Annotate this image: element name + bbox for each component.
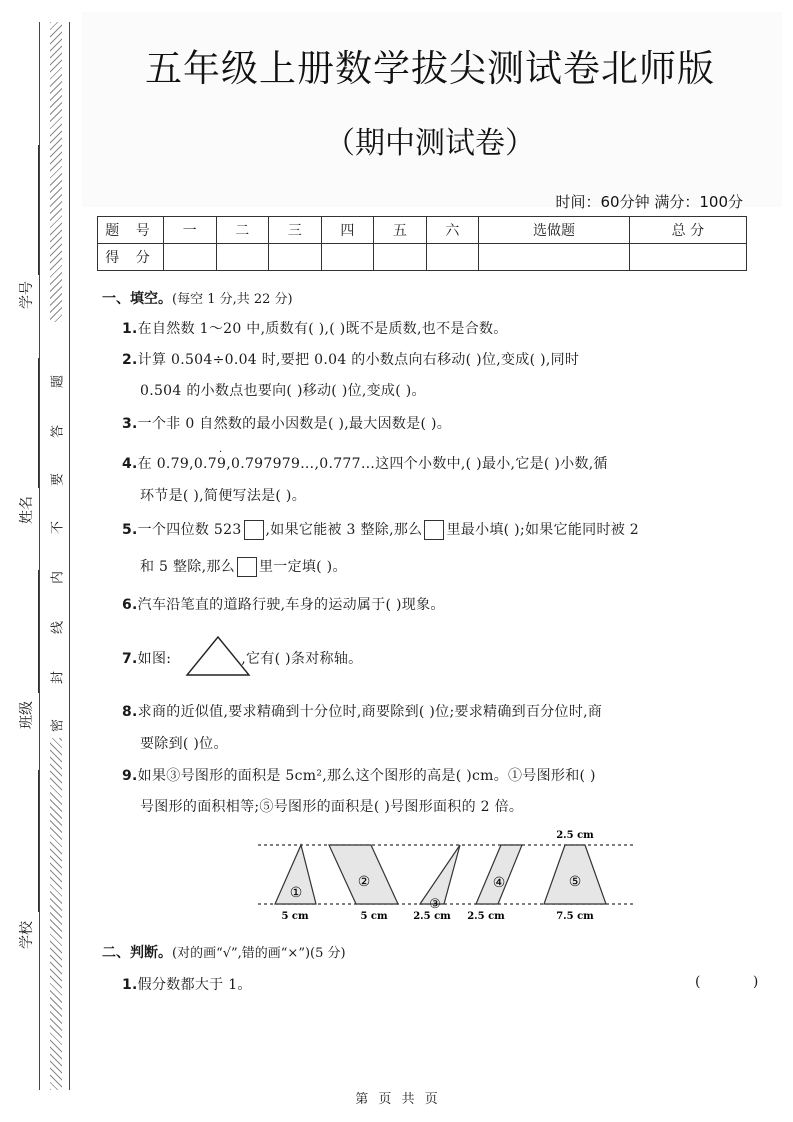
judge-question-1: 1.假分数都大于 1。: [122, 974, 252, 994]
question-9: 9.如果③号图形的面积是 5cm²,那么这个图形的高是( )cm。①号图形和( …: [122, 765, 596, 785]
score-header-cell: 一: [164, 217, 217, 244]
score-cell[interactable]: [321, 244, 374, 271]
judge-answer-paren[interactable]: ( ): [695, 974, 782, 990]
question-number: 7.: [122, 651, 138, 667]
svg-text:5 cm: 5 cm: [281, 911, 309, 922]
question-number: 6.: [122, 597, 138, 613]
binding-margin: 题 答 要 不 内 线 封 密 学号 姓名 班级 学校: [0, 0, 80, 1122]
question-1: 1.在自然数 1～20 中,质数有( ),( )既不是质数,也不是合数。: [122, 318, 508, 338]
score-header-cell: 四: [321, 217, 374, 244]
name-label: 姓名: [16, 496, 36, 524]
score-header-cell: 总 分: [629, 217, 746, 244]
repeat-dot: ·: [219, 447, 222, 458]
question-text-post: ,0.797979…,0.777…这四个小数中,( )最小,它是( )小数,循: [226, 456, 608, 472]
question-2: 2.计算 0.504÷0.04 时,要把 0.04 的小数点向右移动( )位,变…: [122, 349, 579, 369]
question-number: 5.: [122, 522, 138, 538]
margin-rule-inner: [69, 22, 70, 1090]
name-line[interactable]: [38, 358, 39, 488]
svg-text:①: ①: [290, 885, 303, 901]
margin-rule-outer: [39, 22, 40, 1090]
question-text: 和 5 整除,那么: [140, 559, 235, 575]
question-text-post: ,它有( )条对称轴。: [241, 651, 362, 667]
question-3: 3.一个非 0 自然数的最小因数是( ),最大因数是( )。: [122, 413, 451, 433]
svg-text:④: ④: [493, 875, 506, 891]
exam-meta: 时间：60分钟 满分：100分: [556, 191, 744, 212]
score-header-cell: 六: [426, 217, 479, 244]
question-6: 6.汽车沿笔直的道路行驶,车身的运动属于( )现象。: [122, 594, 445, 614]
question-8-continued: 要除到( )位。: [140, 733, 228, 753]
school-label: 学校: [16, 921, 36, 949]
score-cell[interactable]: [269, 244, 322, 271]
section-2-title: 二、判断。: [102, 945, 172, 961]
score-cell[interactable]: [374, 244, 427, 271]
score-table-header-row: 题 号 一 二 三 四 五 六 选做题 总 分: [98, 217, 747, 244]
question-5-continued: 和 5 整除,那么里一定填( )。: [140, 556, 347, 577]
shapes-figure: ① ② ③ ④ ⑤ 5 cm 5 cm 2.5 cm 2.5 cm 7.5 cm…: [258, 826, 638, 926]
question-text-pre: 在 0.79,0.7: [138, 456, 217, 472]
section-1-heading: 一、填空。(每空 1 分,共 22 分): [102, 288, 293, 308]
repeating-digit: ·9: [217, 456, 226, 472]
svg-text:②: ②: [358, 874, 371, 890]
question-text: 如果③号图形的面积是 5cm²,那么这个图形的高是( )cm。①号图形和( ): [138, 768, 596, 784]
question-number: 8.: [122, 704, 138, 720]
svg-text:2.5 cm: 2.5 cm: [467, 911, 505, 922]
svg-text:⑤: ⑤: [569, 874, 582, 890]
seal-char: 封: [47, 670, 66, 686]
seal-char: 题: [47, 374, 66, 390]
score-header-cell: 选做题: [479, 217, 630, 244]
score-header-cell: 二: [216, 217, 269, 244]
score-cell[interactable]: [164, 244, 217, 271]
section-1-note: (每空 1 分,共 22 分): [172, 292, 293, 307]
svg-text:2.5 cm: 2.5 cm: [556, 830, 594, 841]
score-header-cell: 三: [269, 217, 322, 244]
question-number: 1.: [122, 977, 138, 993]
question-text: 一个四位数 523: [138, 522, 242, 538]
question-2-continued: 0.504 的小数点也要向( )移动( )位,变成( )。: [140, 380, 426, 400]
score-header-cell: 题 号: [98, 217, 164, 244]
question-5: 5.一个四位数 523,如果它能被 3 整除,那么里最小填( );如果它能同时被…: [122, 519, 639, 540]
school-line[interactable]: [38, 770, 39, 912]
question-text: 里一定填( )。: [259, 559, 347, 575]
question-text: 计算 0.504÷0.04 时,要把 0.04 的小数点向右移动( )位,变成(…: [138, 352, 580, 368]
seal-char: 密: [47, 718, 66, 734]
score-table: 题 号 一 二 三 四 五 六 选做题 总 分 得 分: [97, 216, 747, 271]
seal-char: 内: [47, 570, 66, 586]
score-cell[interactable]: [479, 244, 630, 271]
seal-char: 不: [47, 520, 66, 536]
student-id-label: 学号: [16, 281, 36, 309]
margin-hatch-bottom: [50, 738, 62, 1090]
page-footer: 第 页 共 页: [0, 1088, 793, 1107]
question-number: 1.: [122, 321, 138, 337]
section-2-note: (对的画“√”,错的画“×”)(5 分): [172, 946, 346, 961]
student-id-line[interactable]: [38, 145, 39, 275]
answer-box-ref: [237, 557, 257, 577]
question-4: 4.在 0.79,0.7·9,0.797979…,0.777…这四个小数中,( …: [122, 453, 608, 473]
score-cell[interactable]: [216, 244, 269, 271]
svg-text:2.5 cm: 2.5 cm: [413, 911, 451, 922]
score-cell[interactable]: [426, 244, 479, 271]
score-table-score-row: 得 分: [98, 244, 747, 271]
svg-text:③: ③: [429, 897, 441, 912]
question-number: 2.: [122, 352, 138, 368]
equilateral-triangle-figure: [185, 635, 251, 677]
score-row-label: 得 分: [98, 244, 164, 271]
page-title: 五年级上册数学拔尖测试卷北师版: [90, 38, 770, 92]
shape-3-triangle: [420, 845, 460, 904]
question-9-continued: 号图形的面积相等;⑤号图形的面积是( )号图形面积的 2 倍。: [140, 796, 523, 816]
section-2-heading: 二、判断。(对的画“√”,错的画“×”)(5 分): [102, 942, 346, 962]
question-text: 假分数都大于 1。: [138, 977, 252, 993]
answer-box-ref: [424, 520, 444, 540]
answer-box[interactable]: [244, 520, 264, 540]
seal-char: 线: [47, 620, 66, 636]
page-subtitle: （期中测试卷）: [90, 118, 770, 162]
svg-text:7.5 cm: 7.5 cm: [556, 911, 594, 922]
question-number: 4.: [122, 456, 138, 472]
class-label: 班级: [16, 701, 36, 729]
question-text: 求商的近似值,要求精确到十分位时,商要除到( )位;要求精确到百分位时,商: [138, 704, 603, 720]
question-text-pre: 如图:: [138, 651, 172, 667]
score-header-cell: 五: [374, 217, 427, 244]
question-text: 汽车沿笔直的道路行驶,车身的运动属于( )现象。: [138, 597, 445, 613]
question-text: ,如果它能被 3 整除,那么: [266, 522, 423, 538]
seal-char: 答: [47, 424, 66, 440]
question-text: 里最小填( );如果它能同时被 2: [446, 522, 639, 538]
class-line[interactable]: [38, 570, 39, 693]
question-number: 3.: [122, 416, 138, 432]
question-4-continued: 环节是( ),简便写法是( )。: [140, 485, 306, 505]
seal-char: 要: [47, 472, 66, 488]
margin-hatch-top: [50, 22, 62, 322]
svg-text:5 cm: 5 cm: [360, 911, 388, 922]
section-1-title: 一、填空。: [102, 291, 172, 307]
question-text: 一个非 0 自然数的最小因数是( ),最大因数是( )。: [138, 416, 451, 432]
question-text: 在自然数 1～20 中,质数有( ),( )既不是质数,也不是合数。: [138, 321, 508, 337]
question-number: 9.: [122, 768, 138, 784]
question-8: 8.求商的近似值,要求精确到十分位时,商要除到( )位;要求精确到百分位时,商: [122, 701, 602, 721]
score-cell[interactable]: [629, 244, 746, 271]
digit: 9: [217, 456, 226, 472]
